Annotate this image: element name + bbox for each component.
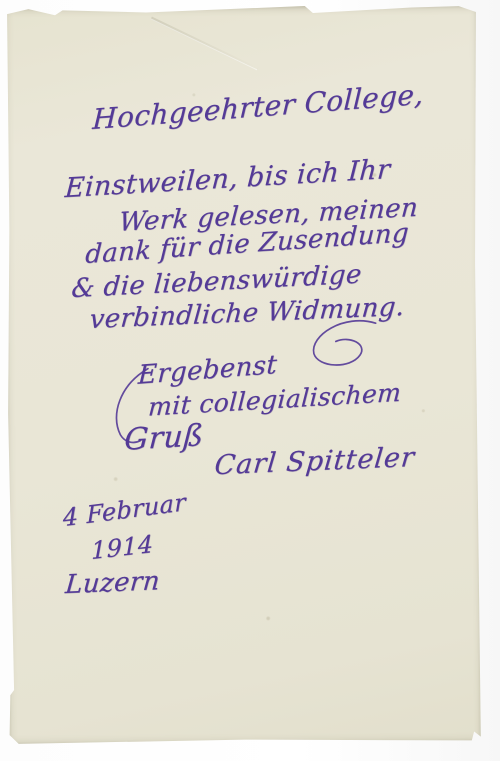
date-line: 4 Februar [63,488,187,532]
scan-background: Hochgeehrter College, Einstweilen, bis i… [0,0,500,761]
paper-crease [151,17,259,71]
salutation-line: Hochgeehrter College, [92,78,425,136]
signature: Carl Spitteler [213,442,416,481]
ink-flourish-loop [298,319,388,372]
ink-flourish-sweep [110,367,152,447]
place-line: Luzern [64,566,161,600]
closing-line: Ergebenst [137,350,278,391]
letter-paper: Hochgeehrter College, Einstweilen, bis i… [4,5,482,746]
date-line: 1914 [91,530,153,565]
